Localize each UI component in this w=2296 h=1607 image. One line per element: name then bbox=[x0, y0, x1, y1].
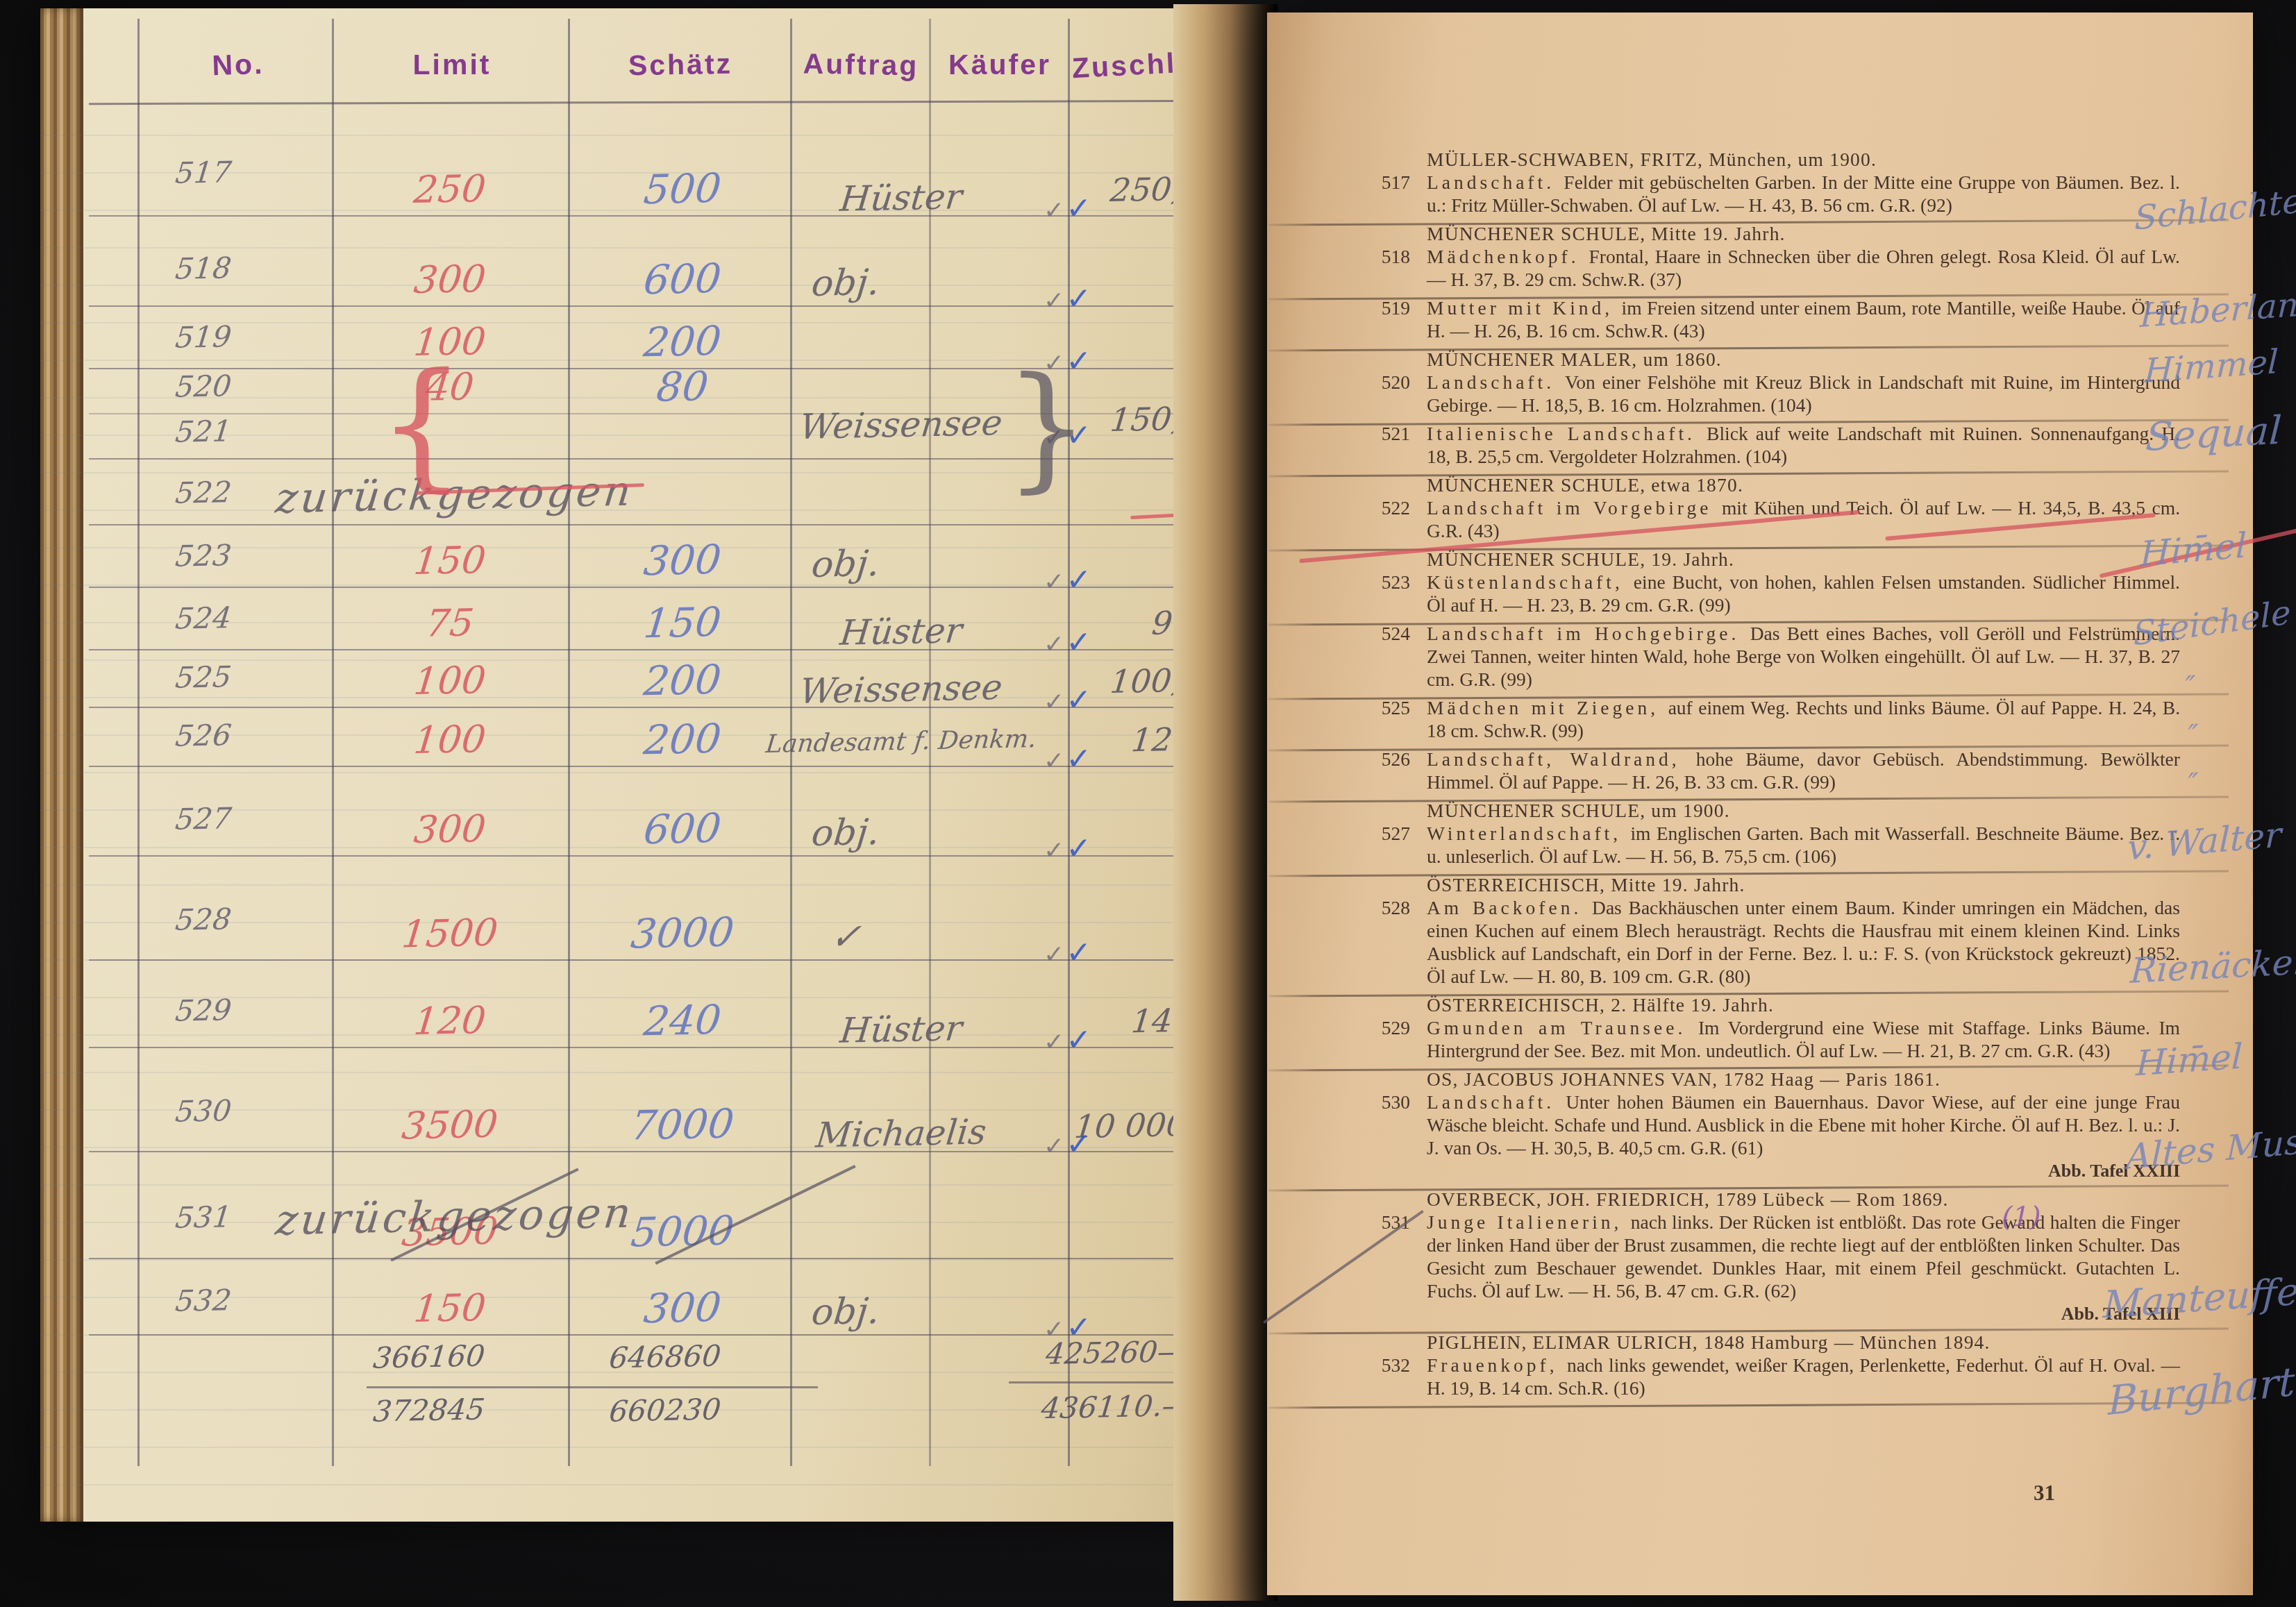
ledger-row: 517250500Hüster250,—✓✓ bbox=[89, 97, 1221, 217]
cell-limit: 120 bbox=[336, 997, 563, 1045]
lot-title: Mutter mit Kind, bbox=[1427, 297, 1622, 319]
lot-number: 520 bbox=[1343, 371, 1410, 394]
artist-header: MÜNCHENER SCHULE, 19. Jahrh. bbox=[1427, 548, 2180, 571]
auction-ledger-book-photo: No. Limit Schätz Auftrag Käufer Zuschlag… bbox=[0, 0, 2296, 1607]
cell-limit: 3500 bbox=[336, 1101, 563, 1150]
column-header-schaetz: Schätz bbox=[628, 48, 733, 83]
column-header-auftrag: Auftrag bbox=[803, 48, 919, 83]
lot-number: 523 bbox=[1343, 571, 1410, 594]
cell-limit: 300 bbox=[336, 255, 563, 304]
catalog-entry: MÜNCHENER SCHULE, 19. Jahrh.523Küstenlan… bbox=[1427, 548, 2180, 622]
lot-description: 520Landschaft. Von einer Felshöhe mit Kr… bbox=[1427, 371, 2180, 417]
lot-title: Italienische Landschaft. bbox=[1427, 423, 1707, 444]
lot-title: Landschaft. bbox=[1427, 1091, 1566, 1113]
lot-number: 528 bbox=[1343, 896, 1410, 919]
note-zurueckgezogen: zurückgezogen bbox=[274, 1189, 636, 1245]
artist-header: MÜNCHENER MALER, um 1860. bbox=[1427, 348, 2180, 371]
cell-no: 529 bbox=[142, 993, 264, 1029]
cell-no: 521 bbox=[142, 413, 264, 450]
lot-title: Landschaft im Vorgebirge bbox=[1427, 497, 1722, 519]
catalog-page: MÜLLER-SCHWABEN, FRITZ, München, um 1900… bbox=[1267, 12, 2253, 1595]
lot-number: 530 bbox=[1343, 1091, 1410, 1113]
column-header-kaeufer: Käufer bbox=[948, 49, 1051, 81]
margin-annotation: Him̄el bbox=[2140, 525, 2247, 574]
plate-reference: Abb. Tafel XIII bbox=[1427, 1302, 2180, 1325]
plate-reference: Abb. Tafel XXIII bbox=[1427, 1159, 2180, 1182]
ledger-row: 518300600obj.—✓✓ bbox=[89, 215, 1221, 307]
artist-header: OS, JACOBUS JOHANNES VAN, 1782 Haag — Pa… bbox=[1427, 1068, 2180, 1091]
catalog-entry: 524Landschaft im Hochgebirge. Das Bett e… bbox=[1427, 622, 2180, 696]
cell-auftrag: obj. bbox=[739, 1289, 953, 1335]
group-brace-left: { bbox=[378, 355, 466, 494]
cell-no: 527 bbox=[142, 800, 264, 837]
lot-description: 522Landschaft im Vorgebirge mit Kühen un… bbox=[1427, 496, 2180, 542]
lot-number: 519 bbox=[1343, 296, 1410, 319]
lot-number: 522 bbox=[1343, 496, 1410, 519]
ledger-row: 53035007000Michaelis10 000,—✓✓ bbox=[89, 1047, 1221, 1152]
artist-header: ÖSTERREICHISCH, Mitte 19. Jahrh. bbox=[1427, 873, 2180, 896]
lot-number: 532 bbox=[1343, 1354, 1410, 1377]
cell-no: 532 bbox=[142, 1282, 264, 1319]
margin-annotation: Rienäcker bbox=[2129, 941, 2296, 991]
lot-number: 531 bbox=[1343, 1211, 1410, 1234]
lot-number: 518 bbox=[1343, 245, 1410, 268]
ledger-row: 523150300obj.—✓✓ bbox=[89, 524, 1221, 588]
cell-auftrag: obj. bbox=[739, 260, 953, 306]
lot-description: 519Mutter mit Kind, im Freien sitzend un… bbox=[1427, 296, 2180, 342]
cell-limit: 75 bbox=[336, 599, 563, 648]
ledger-page: No. Limit Schätz Auftrag Käufer Zuschlag… bbox=[40, 8, 1221, 1522]
catalog-entry: MÜNCHENER SCHULE, um 1900.527Winterlands… bbox=[1427, 799, 2180, 873]
margin-annotation: Him̄el bbox=[2136, 1036, 2243, 1084]
margin-annotation: ″ bbox=[2187, 719, 2199, 752]
cell-limit: 100 bbox=[336, 657, 563, 705]
ledger-row: 529120240Hüster140,-✓✓ bbox=[89, 959, 1221, 1048]
lot-title: Landschaft. bbox=[1427, 371, 1565, 393]
catalog-entry: MÜNCHENER SCHULE, etwa 1870.522Landschaf… bbox=[1427, 473, 2180, 548]
lot-title: Landschaft. bbox=[1427, 171, 1564, 193]
page-number: 31 bbox=[2034, 1481, 2055, 1506]
cell-no: 520 bbox=[142, 368, 264, 405]
lot-description: 525Mädchen mit Ziegen, auf einem Weg. Re… bbox=[1427, 696, 2180, 742]
ledger-row: 526100200Landesamt f. Denkm.120,-✓✓ bbox=[89, 707, 1221, 767]
margin-annotation: ″ bbox=[2187, 768, 2199, 800]
catalog-entry: 519Mutter mit Kind, im Freien sitzend un… bbox=[1427, 296, 2180, 348]
lot-description: 532Frauenkopf, nach links gewendet, weiß… bbox=[1427, 1354, 2180, 1399]
ledger-row: 52815003000✓—✓✓ bbox=[89, 855, 1221, 961]
cell-no: 523 bbox=[142, 537, 264, 574]
total-schaetz-1: 646860 bbox=[552, 1338, 778, 1377]
lot-title: Am Backofen. bbox=[1427, 897, 1592, 918]
cell-no: 517 bbox=[142, 154, 264, 191]
total-limit-2: 372845 bbox=[316, 1391, 542, 1430]
catalog-entry: OVERBECK, JOH. FRIEDRICH, 1789 Lübeck — … bbox=[1427, 1188, 2180, 1331]
cell-no: 531 bbox=[142, 1199, 264, 1236]
catalog-entry: ÖSTERREICHISCH, Mitte 19. Jahrh.528Am Ba… bbox=[1427, 873, 2180, 993]
lot-title: Mädchen mit Ziegen, bbox=[1427, 697, 1668, 718]
lot-title: Landschaft, Waldrand, bbox=[1427, 748, 1696, 770]
cell-no: 518 bbox=[142, 251, 264, 287]
cell-auftrag: ✓ bbox=[739, 914, 953, 960]
cell-limit: 150 bbox=[336, 537, 563, 585]
lot-title: Mädchenkopf. bbox=[1427, 246, 1589, 267]
lot-title: Küstenlandschaft, bbox=[1427, 571, 1634, 593]
ledger-row: 53135005000—zurückgezogen bbox=[89, 1151, 1221, 1259]
cell-limit: 250 bbox=[336, 165, 563, 214]
margin-annotation: Sequal bbox=[2145, 408, 2283, 460]
cell-schaetz: 200 bbox=[572, 316, 793, 367]
catalog-entry: 521Italienische Landschaft. Blick auf we… bbox=[1427, 422, 2180, 473]
lot-number: 527 bbox=[1343, 822, 1410, 845]
catalog-entry: MÜLLER-SCHWABEN, FRITZ, München, um 1900… bbox=[1427, 148, 2180, 222]
lot-title: Winterlandschaft, bbox=[1427, 823, 1630, 844]
catalog-entry: ÖSTERREICHISCH, 2. Hälfte 19. Jahrh.529G… bbox=[1427, 993, 2180, 1068]
cell-limit: 1500 bbox=[336, 909, 563, 958]
lot-description: 526Landschaft, Waldrand, hohe Bäume, dav… bbox=[1427, 748, 2180, 793]
cell-no: 528 bbox=[142, 901, 264, 938]
entry-separator bbox=[1268, 1402, 2229, 1408]
lot-description: 531Junge Italienerin, nach links. Der Rü… bbox=[1427, 1211, 2180, 1302]
book-gutter bbox=[1173, 4, 1277, 1601]
lot-number: 517 bbox=[1343, 171, 1410, 194]
cell-limit: 300 bbox=[336, 805, 563, 854]
lot-title: Junge Italienerin, bbox=[1427, 1211, 1631, 1233]
artist-header: MÜNCHENER SCHULE, etwa 1870. bbox=[1427, 473, 2180, 496]
catalog-entry: MÜNCHENER SCHULE, Mitte 19. Jahrh.518Mäd… bbox=[1427, 222, 2180, 296]
lot-description: 517Landschaft. Felder mit gebüschelten G… bbox=[1427, 171, 2180, 217]
artist-header: PIGLHEIN, ELIMAR ULRICH, 1848 Hamburg — … bbox=[1427, 1331, 2180, 1354]
lot-title: Gmunden am Traunsee. bbox=[1427, 1017, 1698, 1038]
artist-header: MÜLLER-SCHWABEN, FRITZ, München, um 1900… bbox=[1427, 148, 2180, 171]
lot-description: 524Landschaft im Hochgebirge. Das Bett e… bbox=[1427, 622, 2180, 691]
column-header-limit: Limit bbox=[413, 49, 492, 81]
catalog-entries: MÜLLER-SCHWABEN, FRITZ, München, um 1900… bbox=[1427, 148, 2180, 1405]
catalog-entry: MÜNCHENER MALER, um 1860.520Landschaft. … bbox=[1427, 348, 2180, 422]
lot-number: 524 bbox=[1343, 622, 1410, 645]
cell-limit: 100 bbox=[336, 716, 563, 764]
lot-description: 529Gmunden am Traunsee. Im Vordergrund e… bbox=[1427, 1016, 2180, 1062]
lot-title: Frauenkopf, bbox=[1427, 1354, 1567, 1376]
ledger-row: 532150300obj.—✓✓ bbox=[89, 1258, 1221, 1336]
lot-description: 518Mädchenkopf. Frontal, Haare in Schnec… bbox=[1427, 245, 2180, 291]
lot-number: 526 bbox=[1343, 748, 1410, 771]
lot-title: Landschaft im Hochgebirge. bbox=[1427, 623, 1750, 644]
catalog-entry: OS, JACOBUS JOHANNES VAN, 1782 Haag — Pa… bbox=[1427, 1068, 2180, 1188]
purple-scribble-530: (1) bbox=[2002, 1201, 2041, 1233]
lot-number: 525 bbox=[1343, 696, 1410, 719]
catalog-entry: PIGLHEIN, ELIMAR ULRICH, 1848 Hamburg — … bbox=[1427, 1331, 2180, 1405]
lot-number: 529 bbox=[1343, 1016, 1410, 1039]
cell-no: 525 bbox=[142, 659, 264, 696]
lot-description: 527Winterlandschaft, im Englischen Garte… bbox=[1427, 822, 2180, 868]
cell-no: 519 bbox=[142, 319, 264, 355]
cell-no: 526 bbox=[142, 718, 264, 755]
column-header-no: No. bbox=[212, 48, 265, 83]
group-brace-right: } bbox=[1004, 359, 1090, 494]
artist-header: OVERBECK, JOH. FRIEDRICH, 1789 Lübeck — … bbox=[1427, 1188, 2180, 1211]
margin-annotation: ″ bbox=[2184, 671, 2196, 703]
cell-auftrag: obj. bbox=[739, 541, 953, 587]
cell-no: 530 bbox=[142, 1093, 264, 1129]
lot-description: 521Italienische Landschaft. Blick auf we… bbox=[1427, 422, 2180, 468]
artist-header: MÜNCHENER SCHULE, Mitte 19. Jahrh. bbox=[1427, 222, 2180, 245]
lot-description: 530Landschaft. Unter hohen Bäumen ein Ba… bbox=[1427, 1091, 2180, 1159]
artist-header: MÜNCHENER SCHULE, um 1900. bbox=[1427, 799, 2180, 822]
cell-no: 522 bbox=[142, 474, 264, 511]
cell-limit: 150 bbox=[336, 1284, 563, 1333]
catalog-entry: 526Landschaft, Waldrand, hohe Bäume, dav… bbox=[1427, 748, 2180, 799]
cell-no: 524 bbox=[142, 600, 264, 637]
catalog-entry: 525Mädchen mit Ziegen, auf einem Weg. Re… bbox=[1427, 696, 2180, 748]
lot-description: 523Küstenlandschaft, eine Bucht, von hoh… bbox=[1427, 571, 2180, 616]
ledger-row: 525100200Weissensee100,—✓✓ bbox=[89, 649, 1221, 708]
lot-description: 528Am Backofen. Das Backhäuschen unter e… bbox=[1427, 896, 2180, 988]
total-schaetz-2: 660230 bbox=[552, 1391, 778, 1430]
cell-schaetz: 80 bbox=[572, 361, 793, 412]
totals-line bbox=[367, 1386, 818, 1388]
artist-header: ÖSTERREICHISCH, 2. Hälfte 19. Jahrh. bbox=[1427, 993, 2180, 1016]
ledger-row: 527300600obj.—✓✓ bbox=[89, 766, 1221, 857]
lot-number: 521 bbox=[1343, 422, 1410, 445]
ledger-row: 52475150Hüster90,-✓✓ bbox=[89, 587, 1221, 650]
total-limit-1: 366160 bbox=[316, 1338, 542, 1377]
cell-auftrag: obj. bbox=[739, 810, 953, 856]
